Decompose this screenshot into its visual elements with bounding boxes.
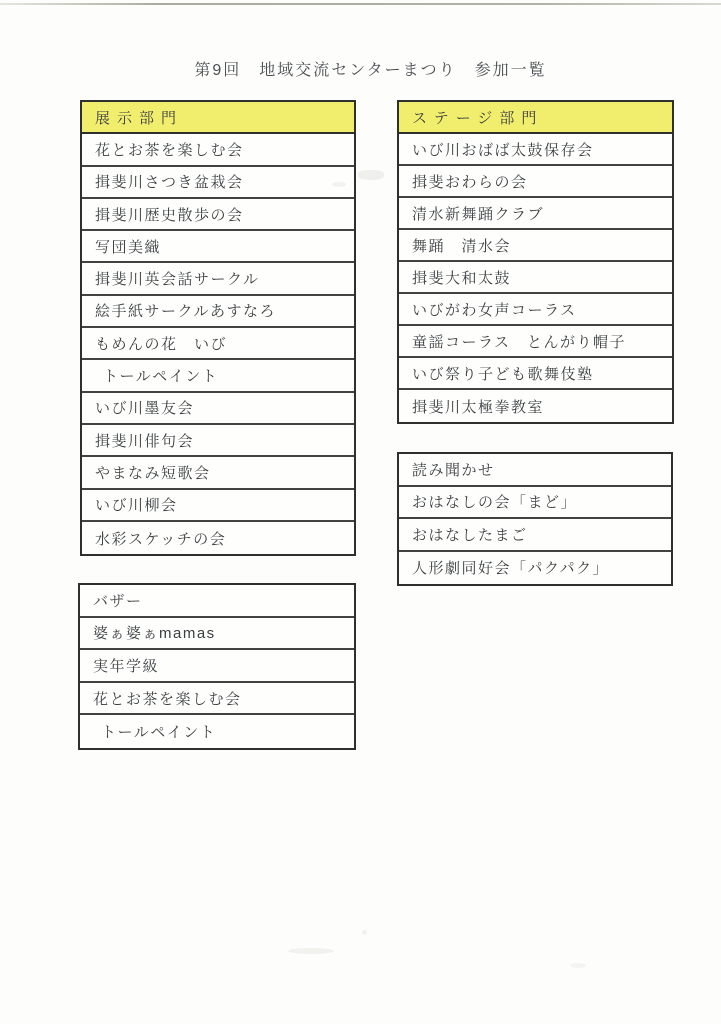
stage-header-label: ステージ部門 [412, 107, 543, 128]
participant-name: やまなみ短歌会 [95, 462, 211, 483]
table-row: 揖斐大和太鼓 [399, 262, 672, 294]
participant-name: おはなしの会「まど」 [412, 491, 577, 512]
participant-name: いび祭り子ども歌舞伎塾 [412, 363, 594, 384]
participant-name: 童謡コーラス とんがり帽子 [412, 331, 626, 352]
table-row: 婆ぁ婆ぁmamas [80, 618, 354, 651]
exhibition-header-label: 展示部門 [95, 107, 183, 128]
bazaar-header: バザー [80, 585, 354, 618]
participant-name: おはなしたまご [412, 524, 528, 545]
table-row: 実年学級 [80, 650, 354, 683]
scan-speck [362, 930, 367, 935]
table-row: 揖斐おわらの会 [399, 166, 672, 198]
participant-name: 花とお茶を楽しむ会 [93, 688, 242, 709]
scan-speck [288, 948, 334, 954]
table-row: やまなみ短歌会 [82, 457, 354, 489]
table-row: 清水新舞踊クラブ [399, 198, 672, 230]
table-row: 人形劇同好会「パクパク」 [399, 552, 671, 585]
participant-name: 婆ぁ婆ぁmamas [93, 622, 216, 643]
participant-name: トールペイント [103, 365, 218, 386]
table-row: いび川柳会 [82, 490, 354, 522]
table-row: トールペイント [80, 715, 354, 748]
table-row: おはなしの会「まど」 [399, 487, 671, 520]
participant-name: 揖斐大和太鼓 [412, 267, 511, 288]
bazaar-table: バザー 婆ぁ婆ぁmamas 実年学級 花とお茶を楽しむ会 トールペイント [78, 583, 356, 750]
participant-name: 揖斐川歴史散歩の会 [95, 204, 244, 225]
participant-name: 実年学級 [93, 655, 159, 676]
participant-name: 写団美織 [95, 236, 161, 257]
table-row: いびがわ女声コーラス [399, 294, 672, 326]
participant-name: いび川墨友会 [95, 397, 194, 418]
table-row: 揖斐川さつき盆栽会 [82, 167, 354, 199]
reading-header: 読み聞かせ [399, 454, 671, 487]
table-row: いび祭り子ども歌舞伎塾 [399, 358, 672, 390]
participant-name: 清水新舞踊クラブ [412, 203, 544, 224]
participant-name: 絵手紙サークルあすなろ [95, 300, 276, 321]
table-row: 揖斐川英会話サークル [82, 263, 354, 295]
participant-name: いびがわ女声コーラス [412, 299, 577, 320]
table-row: トールペイント [82, 360, 354, 392]
table-row: 童謡コーラス とんがり帽子 [399, 326, 672, 358]
table-row: 絵手紙サークルあすなろ [82, 296, 354, 328]
participant-name: 揖斐川さつき盆栽会 [95, 171, 244, 192]
table-row: 舞踊 清水会 [399, 230, 672, 262]
table-row: 水彩スケッチの会 [82, 522, 354, 554]
table-row: もめんの花 いび [82, 328, 354, 360]
table-row: いび川墨友会 [82, 393, 354, 425]
participant-name: 舞踊 清水会 [412, 235, 511, 256]
participant-name: もめんの花 いび [95, 333, 227, 354]
participant-name: 揖斐おわらの会 [412, 171, 528, 192]
table-row: 花とお茶を楽しむ会 [82, 134, 354, 166]
exhibition-header: 展示部門 [82, 102, 354, 134]
participant-name: 揖斐川俳句会 [95, 430, 194, 451]
scan-speck [358, 170, 384, 180]
reading-header-label: 読み聞かせ [412, 459, 495, 480]
bazaar-header-label: バザー [93, 590, 143, 611]
participant-name: 揖斐川英会話サークル [95, 268, 260, 289]
table-row: 揖斐川歴史散歩の会 [82, 199, 354, 231]
scanned-document-page: 第9回 地域交流センターまつり 参加一覧 展示部門 花とお茶を楽しむ会 揖斐川さ… [0, 0, 721, 1024]
participant-name: 水彩スケッチの会 [95, 528, 226, 549]
scan-edge-line [0, 3, 721, 5]
reading-table: 読み聞かせ おはなしの会「まど」 おはなしたまご 人形劇同好会「パクパク」 [397, 452, 673, 586]
participant-name: トールペイント [101, 721, 216, 742]
exhibition-table: 展示部門 花とお茶を楽しむ会 揖斐川さつき盆栽会 揖斐川歴史散歩の会 写団美織 … [80, 100, 356, 556]
participant-name: 揖斐川太極拳教室 [412, 396, 544, 417]
table-row: 揖斐川太極拳教室 [399, 390, 672, 422]
participant-name: いび川おばば太鼓保存会 [412, 139, 594, 160]
stage-header: ステージ部門 [399, 102, 672, 134]
stage-table: ステージ部門 いび川おばば太鼓保存会 揖斐おわらの会 清水新舞踊クラブ 舞踊 清… [397, 100, 674, 424]
table-row: 写団美織 [82, 231, 354, 263]
participant-name: いび川柳会 [95, 494, 178, 515]
scan-speck [332, 182, 346, 187]
page-title: 第9回 地域交流センターまつり 参加一覧 [10, 57, 721, 80]
participant-name: 花とお茶を楽しむ会 [95, 139, 244, 160]
table-row: いび川おばば太鼓保存会 [399, 134, 672, 166]
table-row: おはなしたまご [399, 519, 671, 552]
participant-name: 人形劇同好会「パクパク」 [412, 557, 609, 578]
table-row: 花とお茶を楽しむ会 [80, 683, 354, 716]
scan-speck [570, 963, 586, 968]
table-row: 揖斐川俳句会 [82, 425, 354, 457]
